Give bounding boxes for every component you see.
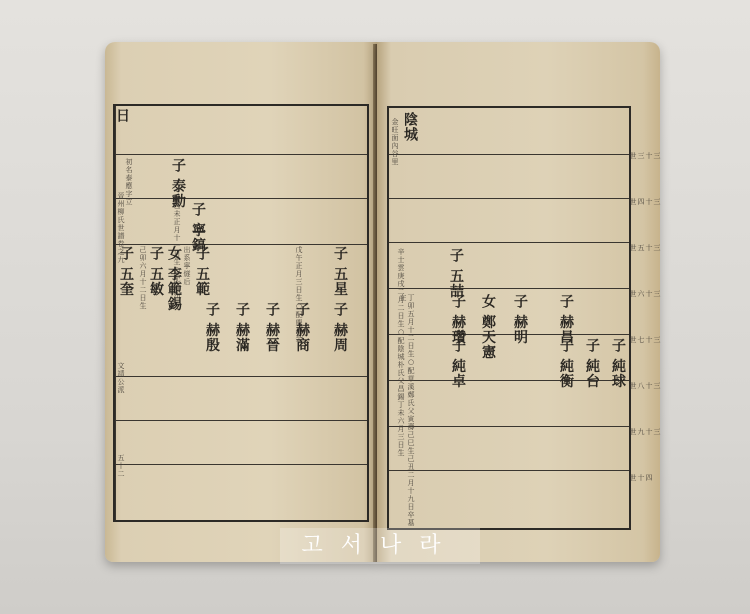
entry-name: 子 赫晉 [265, 302, 278, 353]
entry-note: 己卯六月十二日生 [139, 246, 147, 310]
entry-name: 子 五範 [195, 246, 208, 297]
entry-note: 出系寧燧后 [183, 246, 191, 286]
entry-note: 丁卯五月十二日生○配草溪鄭氏父寅壽己巳生己丑二月十九日卒墓在 [399, 294, 415, 528]
entry-name: 子 純卓 [451, 338, 464, 389]
entry-name: 子 赫周 [333, 302, 346, 353]
left-table: 子 泰勳 初名泰應字立 子 寧鎬 己未正月十一日生○配晉州 子 五範 出系寧燧后… [113, 104, 369, 522]
entry-name: 子 五喆 [449, 248, 462, 299]
margin-title: 晉州柳氏世譜卷之九 [117, 192, 125, 264]
entry-name: 女 李範錫 [167, 246, 180, 312]
entry-name: 子 赫商 [295, 302, 308, 353]
location-note: 金旺面內谷里 [391, 118, 399, 166]
entry-name: 子 赫明 [513, 294, 526, 345]
entry-name: 子 五敏 [149, 246, 162, 297]
entry-name: 子 五星 [333, 246, 346, 297]
entry-name: 子 赫殷 [205, 302, 218, 353]
entry-name: 子 赫滿 [235, 302, 248, 353]
margin-section: 文靖公派 [117, 362, 125, 394]
right-page: 陰城 金旺面內谷里 子 五喆 辛士雲庚戌二月二日生○配陰城朴氏父昌錫丁未六月三日… [377, 42, 660, 562]
right-table: 陰城 金旺面內谷里 子 五喆 辛士雲庚戌二月二日生○配陰城朴氏父昌錫丁未六月三日… [387, 106, 631, 530]
watermark: 고서나라 [280, 528, 480, 564]
location-name: 陰城 [403, 112, 416, 142]
open-book: 子 泰勳 初名泰應字立 子 寧鎬 己未正月十一日生○配晉州 子 五範 出系寧燧后… [105, 42, 660, 562]
entry-name: 女 鄭天憲 [481, 294, 494, 360]
left-page: 子 泰勳 初名泰應字立 子 寧鎬 己未正月十一日生○配晉州 子 五範 出系寧燧后… [105, 42, 377, 562]
entry-name: 子 純球 [611, 338, 624, 389]
entry-name: 子 純台 [585, 338, 598, 389]
margin-header: 日 [115, 108, 128, 123]
page-number: 五十二 [117, 454, 125, 478]
entry-note: 初名泰應字立 [125, 158, 133, 206]
entry-name: 子 純衡 [559, 338, 572, 389]
